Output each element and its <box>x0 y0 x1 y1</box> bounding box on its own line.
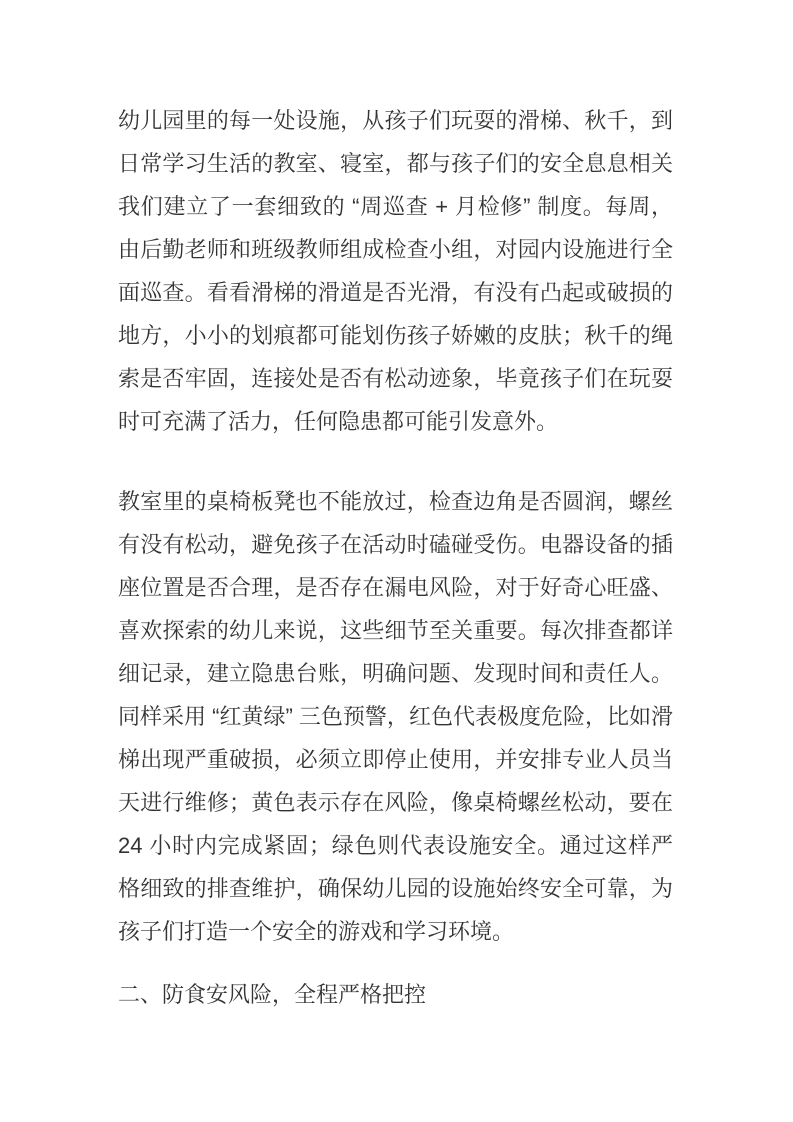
document-page: 幼儿园里的每一处设施，从孩子们玩耍的滑梯、秋千，到日常学习生活的教室、寝室，都与… <box>0 0 793 1122</box>
section-heading-food-safety: 二、防食安风险，全程严格把控 <box>118 973 673 1016</box>
paragraph-facility-inspection: 幼儿园里的每一处设施，从孩子们玩耍的滑梯、秋千，到日常学习生活的教室、寝室，都与… <box>118 99 673 443</box>
paragraph-classroom-inspection: 教室里的桌椅板凳也不能放过，检查边角是否圆润，螺丝有没有松动，避免孩子在活动时磕… <box>118 480 673 953</box>
